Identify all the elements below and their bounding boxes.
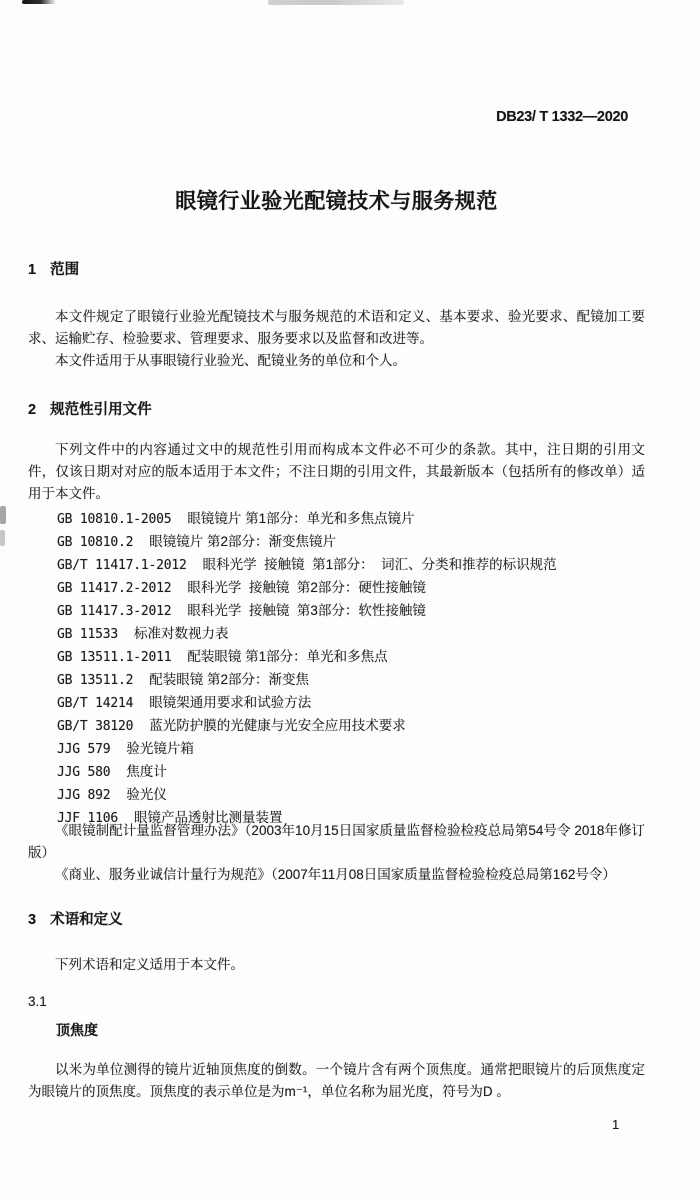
terms-intro: 下列术语和定义适用于本文件。	[28, 954, 645, 976]
reference-code: GB 10810.2	[57, 535, 133, 550]
reference-title: 配装眼镜 第1部分：单光和多焦点	[187, 649, 387, 664]
reference-code: GB 11417.3-2012	[57, 604, 171, 619]
reference-title: 蓝光防护膜的光健康与光安全应用技术要求	[149, 718, 406, 733]
document-page: DB23/ T 1332—2020 眼镜行业验光配镜技术与服务规范 1范围 本文…	[0, 0, 700, 1198]
section-heading-references: 2规范性引用文件	[28, 399, 645, 421]
reference-title: 眼镜镜片 第2部分：渐变焦镜片	[149, 534, 336, 549]
reference-title: 验光仪	[126, 787, 167, 802]
reference-item: GB 13511.1-2011配装眼镜 第1部分：单光和多焦点	[57, 646, 660, 669]
regulations-list: 《眼镜制配计量监督管理办法》（2003年10月15日国家质量监督检验检疫总局第5…	[28, 820, 645, 886]
section-number: 1	[28, 262, 36, 278]
reference-code: GB/T 14214	[57, 696, 133, 711]
reference-item: GB/T 38120蓝光防护膜的光健康与光安全应用技术要求	[57, 715, 660, 738]
reference-item: GB/T 14214眼镜架通用要求和试验方法	[57, 692, 660, 715]
section-title: 规范性引用文件	[50, 402, 152, 418]
term-entry: 顶焦度	[28, 1019, 645, 1042]
reference-title: 配装眼镜 第2部分：渐变焦	[149, 672, 309, 687]
paragraph: 下列术语和定义适用于本文件。	[28, 954, 645, 976]
term-definition-block: 以米为单位测得的镜片近轴顶焦度的倒数。一个镜片含有两个顶焦度。通常把眼镜片的后顶…	[28, 1059, 645, 1103]
paragraph: 下列文件中的内容通过文中的规范性引用而构成本文件必不可少的条款。其中，注日期的引…	[28, 439, 645, 505]
reference-item: JJG 892验光仪	[57, 784, 660, 807]
reference-title: 焦度计	[126, 764, 167, 779]
reference-item: GB 11417.3-2012眼科光学 接触镜 第3部分：软性接触镜	[57, 600, 660, 623]
reference-item: JJG 580焦度计	[57, 761, 660, 784]
reference-code: GB 11417.2-2012	[57, 581, 171, 596]
term-entry-number: 3.1	[28, 991, 645, 1013]
scan-artifact-band	[268, 0, 404, 5]
reference-item: GB 13511.2配装眼镜 第2部分：渐变焦	[57, 669, 660, 692]
reference-title: 眼科光学 接触镜 第2部分：硬性接触镜	[187, 580, 426, 595]
section-heading-scope: 1范围	[28, 259, 645, 281]
reference-item: GB/T 11417.1-2012眼科光学 接触镜 第1部分： 词汇、分类和推荐…	[57, 554, 660, 577]
term-definition: 以米为单位测得的镜片近轴顶焦度的倒数。一个镜片含有两个顶焦度。通常把眼镜片的后顶…	[28, 1059, 645, 1103]
reference-code: JJG 580	[57, 765, 110, 780]
reference-item: JJG 579验光镜片箱	[57, 738, 660, 761]
scan-artifact-smudge	[0, 506, 6, 524]
paragraph: 本文件适用于从事眼镜行业验光、配镜业务的单位和个人。	[28, 350, 645, 372]
section-title: 术语和定义	[50, 912, 123, 928]
reference-item: GB 10810.2眼镜镜片 第2部分：渐变焦镜片	[57, 531, 660, 554]
term-name: 顶焦度	[56, 1022, 98, 1038]
reference-item: GB 11417.2-2012眼科光学 接触镜 第2部分：硬性接触镜	[57, 577, 660, 600]
reference-code: GB 10810.1-2005	[57, 512, 171, 527]
reference-title: 眼镜架通用要求和试验方法	[149, 695, 311, 710]
reference-item: GB 10810.1-2005眼镜镜片 第1部分：单光和多焦点镜片	[57, 508, 660, 531]
section-title: 范围	[50, 262, 79, 278]
section-scope-body: 本文件规定了眼镜行业验光配镜技术与服务规范的术语和定义、基本要求、验光要求、配镜…	[28, 306, 645, 372]
reference-title: 眼镜镜片 第1部分：单光和多焦点镜片	[187, 511, 414, 526]
references-list: GB 10810.1-2005眼镜镜片 第1部分：单光和多焦点镜片 GB 108…	[57, 508, 660, 830]
reference-item: GB 11533标准对数视力表	[57, 623, 660, 646]
reference-title: 验光镜片箱	[126, 741, 194, 756]
scan-artifact-smudge	[0, 530, 5, 546]
regulation-item: 《眼镜制配计量监督管理办法》（2003年10月15日国家质量监督检验检疫总局第5…	[28, 820, 645, 864]
scan-artifact-dash	[22, 0, 56, 4]
reference-code: JJG 892	[57, 788, 110, 803]
paragraph: 本文件规定了眼镜行业验光配镜技术与服务规范的术语和定义、基本要求、验光要求、配镜…	[28, 306, 645, 350]
reference-title: 标准对数视力表	[134, 626, 229, 641]
references-intro: 下列文件中的内容通过文中的规范性引用而构成本文件必不可少的条款。其中，注日期的引…	[28, 439, 645, 505]
reference-code: GB/T 38120	[57, 719, 133, 734]
reference-code: GB 13511.1-2011	[57, 650, 171, 665]
reference-title: 眼科光学 接触镜 第3部分：软性接触镜	[187, 603, 426, 618]
reference-title: 眼科光学 接触镜 第1部分： 词汇、分类和推荐的标识规范	[203, 557, 557, 572]
document-title: 眼镜行业验光配镜技术与服务规范	[28, 191, 645, 213]
standard-code: DB23/ T 1332—2020	[496, 106, 628, 128]
section-heading-terms: 3术语和定义	[28, 909, 645, 931]
reference-code: GB 13511.2	[57, 673, 133, 688]
reference-code: GB/T 11417.1-2012	[57, 558, 187, 573]
regulation-item: 《商业、服务业诚信计量行为规范》（2007年11月08日国家质量监督检验检疫总局…	[28, 864, 645, 886]
reference-code: JJG 579	[57, 742, 110, 757]
reference-code: GB 11533	[57, 627, 118, 642]
section-number: 2	[28, 402, 36, 418]
section-number: 3	[28, 912, 36, 928]
page-number: 1	[612, 1114, 619, 1136]
